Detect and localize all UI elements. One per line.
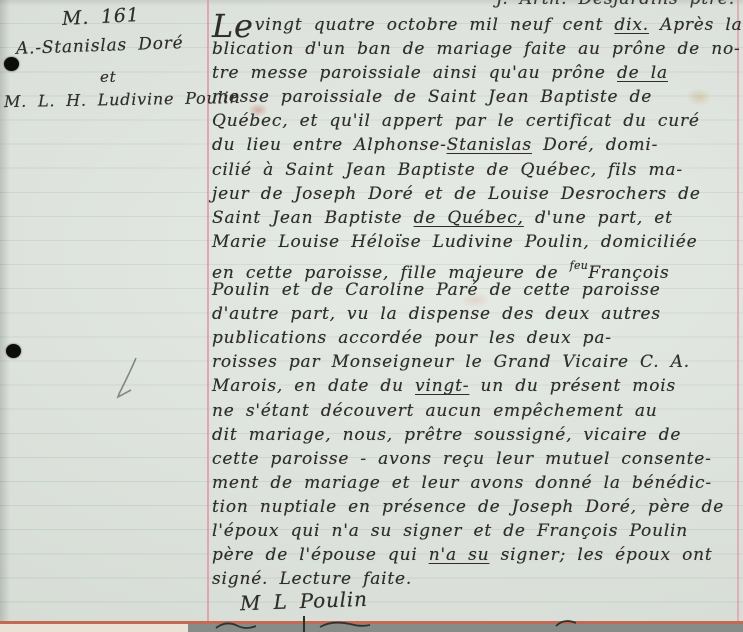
record-line: signé. Lecture faite. [212,567,738,591]
record-line: roisses par Monseigneur le Grand Vicaire… [212,350,738,374]
record-lines: Levingt quatre octobre mil neuf cent dix… [212,13,738,591]
record-line: Saint Jean Baptiste de Québec, d'une par… [212,206,738,230]
margin-conjunction: et [100,68,117,86]
record-line: Québec, et qu'il appert par le certifica… [212,109,738,133]
record-line: messe paroissiale de Saint Jean Baptiste… [212,85,738,109]
next-entry-fragments [0,612,743,632]
punch-hole-bottom [6,344,21,358]
record-line: cette paroisse - avons reçu leur mutuel … [212,447,738,471]
record-line: du lieu entre Alphonse-Stanislas Doré, d… [212,133,738,157]
record-line: Levingt quatre octobre mil neuf cent dix… [212,13,738,37]
record-line: père de l'épouse qui n'a su signer; les … [212,543,738,567]
record-line: dit mariage, nous, prêtre soussigné, vic… [212,423,738,447]
record-line: Marie Louise Héloïse Ludivine Poulin, do… [212,230,738,254]
previous-entry-signature-fragment: J. Arth. Desjardins ptre. [496,0,735,9]
register-page: M. 161 A.-Stanislas Doré et M. L. H. Lud… [0,0,743,632]
record-line: l'époux qui n'a su signer et de François… [212,519,738,543]
margin-groom-name: A.-Stanislas Doré [16,33,184,59]
record-line: jeur de Joseph Doré et de Louise Desroch… [212,182,738,206]
record-line: ment de mariage et leur avons donné la b… [212,471,738,495]
record-line: tion nuptiale en présence de Joseph Doré… [212,495,738,519]
record-line: en cette paroisse, fille majeure de feuF… [212,254,738,278]
record-number: M. 161 [61,4,140,30]
bride-signature: M L Poulin [240,587,368,615]
margin-bride-name: M. L. H. Ludivine Poulin [4,88,241,111]
record-line: blication d'un ban de mariage faite au p… [212,37,738,61]
record-line: Poulin et de Caroline Paré de cette paro… [212,278,738,302]
record-line: d'autre part, vu la dispense des deux au… [212,302,738,326]
pencil-mark [104,356,148,404]
record-line: ne s'étant découvert aucun empêchement a… [212,399,738,423]
record-line: tre messe paroissiale ainsi qu'au prône … [212,61,738,85]
record-line: Marois, en date du vingt- un du présent … [212,374,738,398]
record-line: publications accordée pour les deux pa- [212,326,738,350]
record-line: cilié à Saint Jean Baptiste de Québec, f… [212,158,738,182]
punch-hole-top [4,57,19,71]
